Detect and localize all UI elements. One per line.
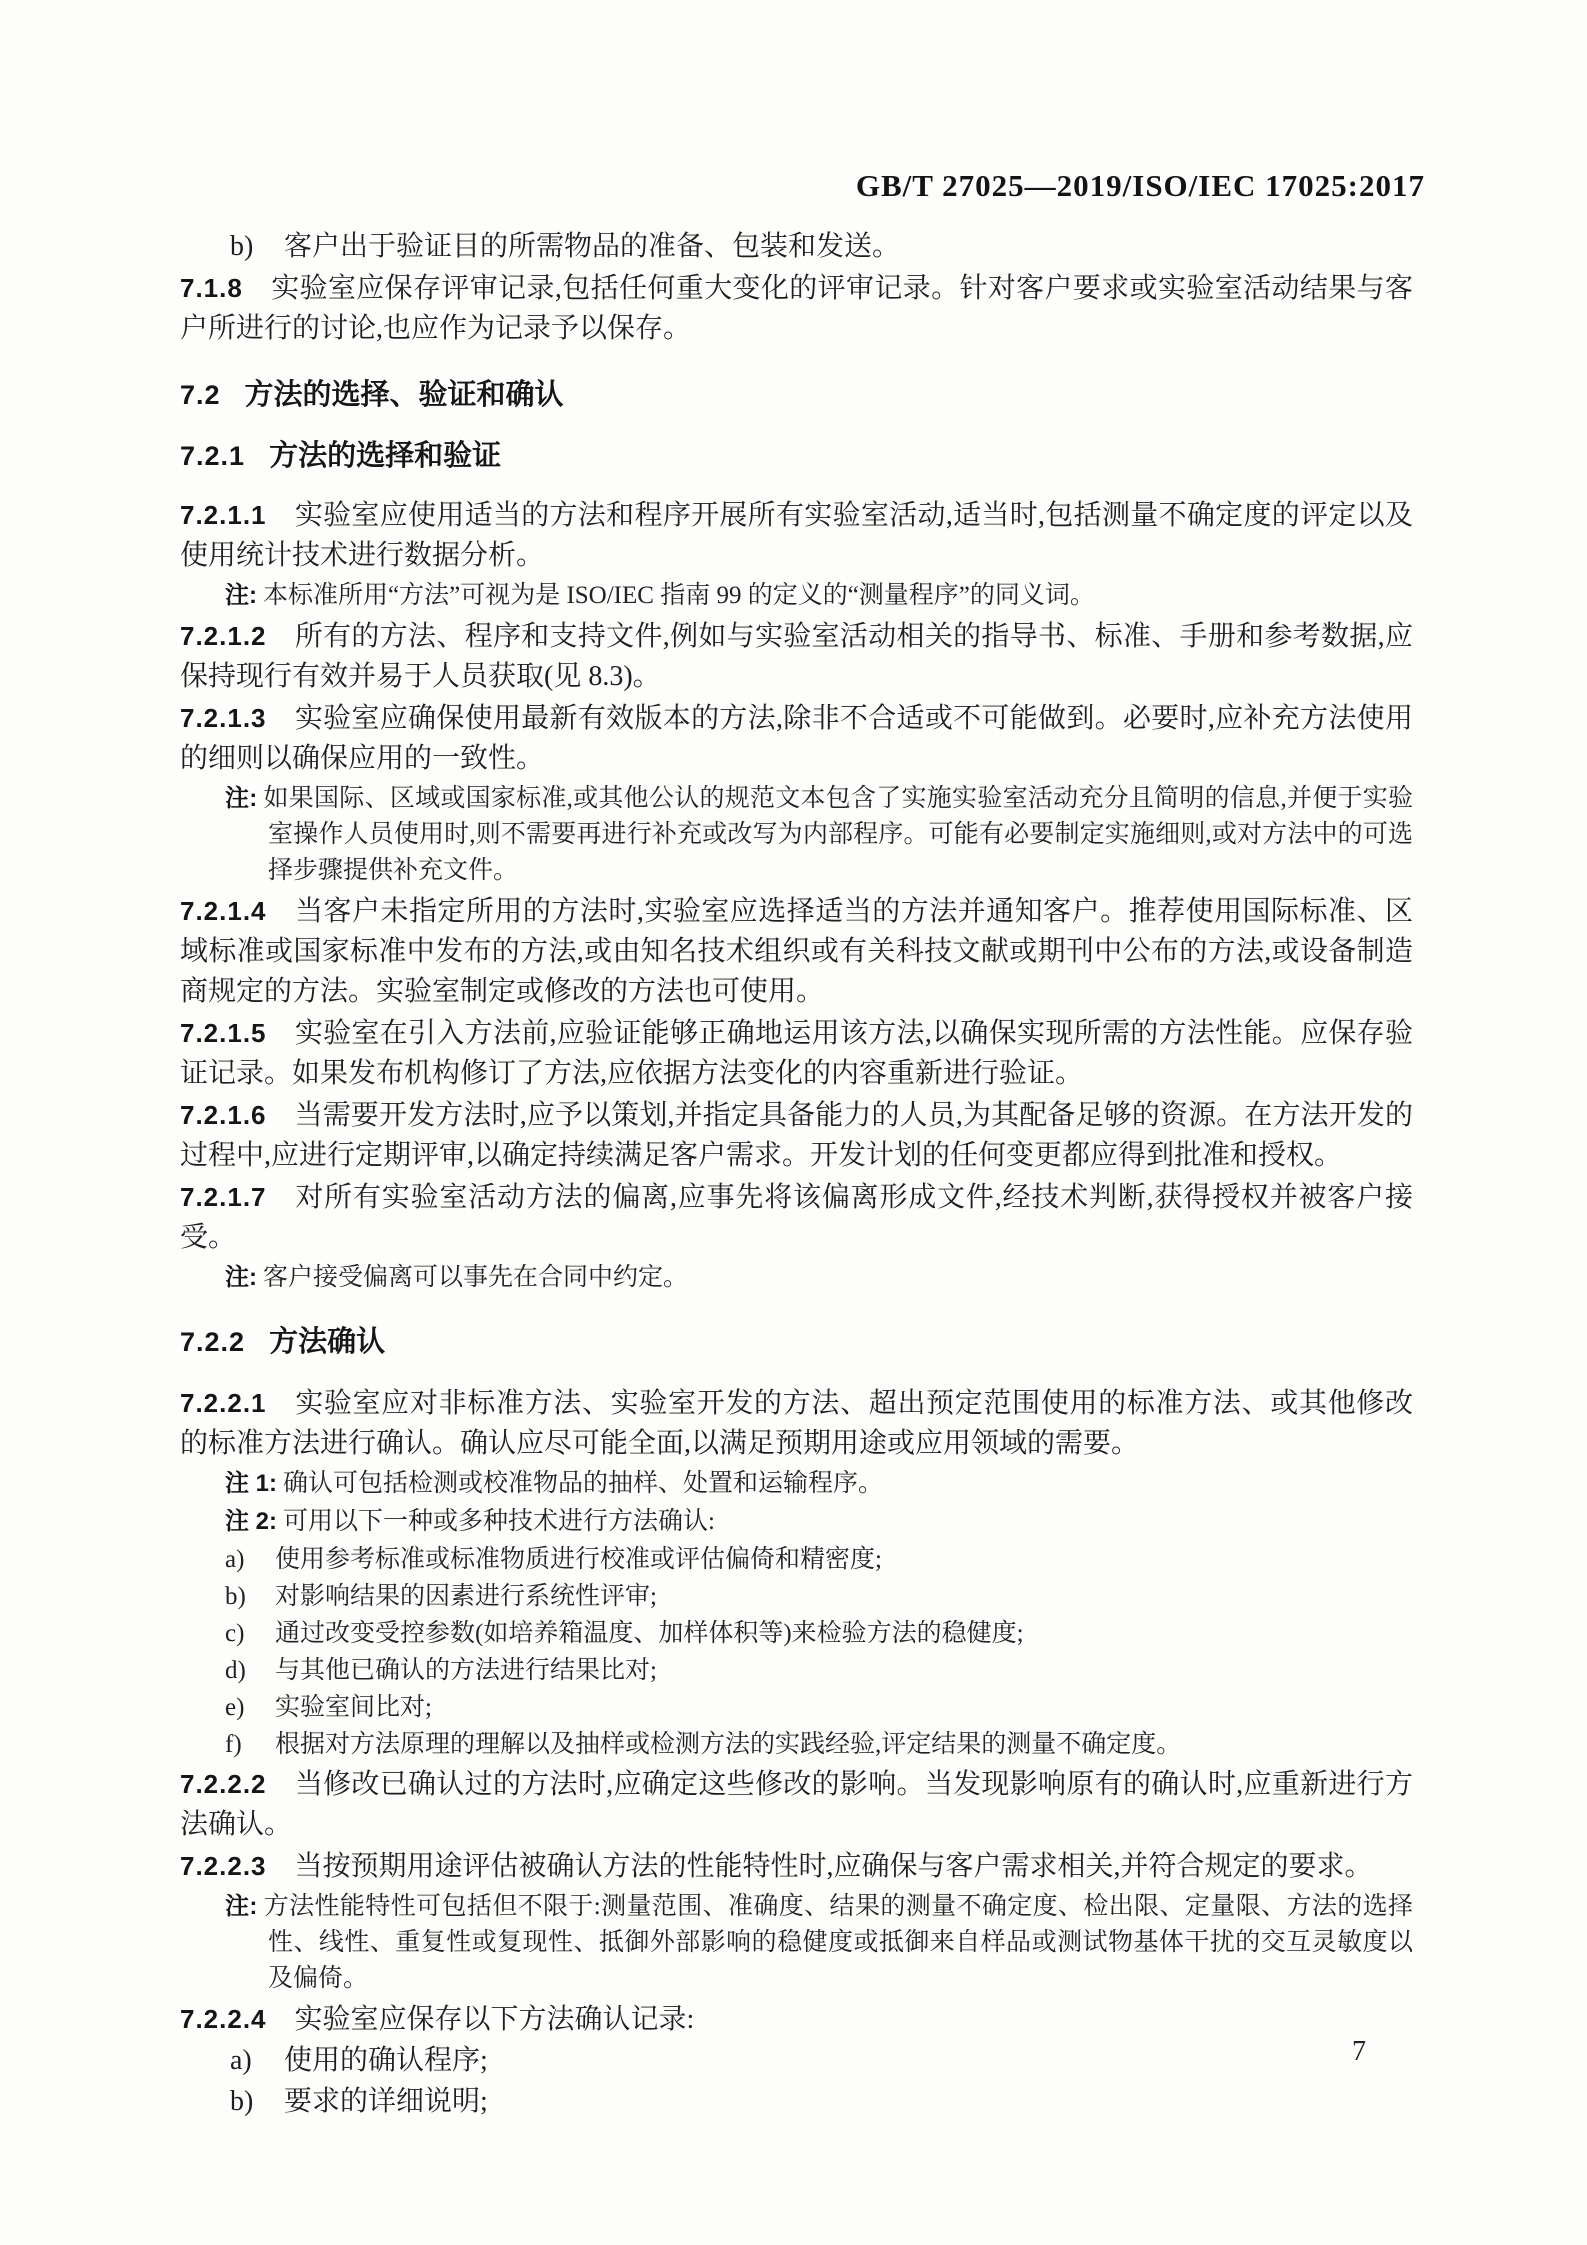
note-text: 客户接受偏离可以事先在合同中约定。 xyxy=(263,1264,688,1291)
note-label: 注 1: xyxy=(225,1470,277,1497)
clause-text: 实验室应对非标准方法、实验室开发的方法、超出预定范围使用的标准方法、或其他修改的… xyxy=(180,1388,1413,1459)
list-marker: b) xyxy=(230,2082,253,2122)
note-label: 注: xyxy=(225,785,257,812)
clause-7-2-1-2: 7.2.1.2所有的方法、程序和支持文件,例如与实验室活动相关的指导书、标准、手… xyxy=(180,616,1413,697)
note-label: 注: xyxy=(225,582,257,609)
clause-number: 7.2.2.4 xyxy=(180,2004,267,2034)
section-number: 7.2.2 xyxy=(180,1327,245,1357)
list-marker: a) xyxy=(225,1542,244,1578)
note-text: 可用以下一种或多种技术进行方法确认: xyxy=(283,1508,715,1535)
clause-7-2-1-6: 7.2.1.6当需要开发方法时,应予以策划,并指定具备能力的人员,为其配备足够的… xyxy=(180,1095,1413,1176)
clause-7-2-1-3: 7.2.1.3实验室应确保使用最新有效版本的方法,除非不合适或不可能做到。必要时… xyxy=(180,698,1413,779)
clause-text: 实验室应保存以下方法确认记录: xyxy=(295,2004,695,2035)
clause-7-1-8: 7.1.8实验室应保存评审记录,包括任何重大变化的评审记录。针对客户要求或实验室… xyxy=(180,268,1413,349)
list-text: 使用的确认程序; xyxy=(284,2045,488,2076)
list-text: 要求的详细说明; xyxy=(284,2086,488,2117)
note-text: 如果国际、区域或国家标准,或其他公认的规范文本包含了实施实验室活动充分且简明的信… xyxy=(263,785,1413,884)
clause-number: 7.2.2.1 xyxy=(180,1388,267,1418)
clause-number: 7.2.1.6 xyxy=(180,1100,267,1130)
note-text: 方法性能特性可包括但不限于:测量范围、准确度、结果的测量不确定度、检出限、定量限… xyxy=(263,1893,1413,1992)
clause-text: 实验室在引入方法前,应验证能够正确地运用该方法,以确保实现所需的方法性能。应保存… xyxy=(180,1018,1413,1089)
list-marker: a) xyxy=(230,2041,252,2081)
list-text: 与其他已确认的方法进行结果比对; xyxy=(275,1657,657,1684)
list-text: 使用参考标准或标准物质进行校准或评估偏倚和精密度; xyxy=(275,1546,882,1573)
note-list-item: e)实验室间比对; xyxy=(180,1690,1413,1726)
note: 注:如果国际、区域或国家标准,或其他公认的规范文本包含了实施实验室活动充分且简明… xyxy=(180,781,1413,889)
clause-7-2-1-4: 7.2.1.4当客户未指定所用的方法时,实验室应选择适当的方法并通知客户。推荐使… xyxy=(180,891,1413,1012)
note-list-item: d)与其他已确认的方法进行结果比对; xyxy=(180,1653,1413,1689)
clause-text: 当修改已确认过的方法时,应确定这些修改的影响。当发现影响原有的确认时,应重新进行… xyxy=(180,1769,1413,1840)
clause-text: 对所有实验室活动方法的偏离,应事先将该偏离形成文件,经技术判断,获得授权并被客户… xyxy=(180,1182,1413,1253)
list-marker: e) xyxy=(225,1690,244,1726)
clause-7-2-1-7: 7.2.1.7对所有实验室活动方法的偏离,应事先将该偏离形成文件,经技术判断,获… xyxy=(180,1177,1413,1258)
clause-7-2-1-1: 7.2.1.1实验室应使用适当的方法和程序开展所有实验室活动,适当时,包括测量不… xyxy=(180,495,1413,576)
list-item: b)要求的详细说明; xyxy=(180,2082,1413,2122)
clause-number: 7.2.1.2 xyxy=(180,621,267,651)
clause-text: 实验室应保存评审记录,包括任何重大变化的评审记录。针对客户要求或实验室活动结果与… xyxy=(180,273,1413,344)
clause-number: 7.2.1.7 xyxy=(180,1182,267,1212)
note: 注:方法性能特性可包括但不限于:测量范围、准确度、结果的测量不确定度、检出限、定… xyxy=(180,1889,1413,1997)
page-content: b)客户出于验证目的所需物品的准备、包装和发送。 7.1.8实验室应保存评审记录… xyxy=(180,226,1413,2123)
note-text: 确认可包括检测或校准物品的抽样、处置和运输程序。 xyxy=(283,1470,883,1497)
clause-text: 实验室应确保使用最新有效版本的方法,除非不合适或不可能做到。必要时,应补充方法使… xyxy=(180,703,1413,774)
note-label: 注 2: xyxy=(225,1508,277,1535)
clause-text: 当按预期用途评估被确认方法的性能特性时,应确保与客户需求相关,并符合规定的要求。 xyxy=(295,1851,1373,1882)
note-label: 注: xyxy=(225,1264,257,1291)
list-text: 通过改变受控参数(如培养箱温度、加样体积等)来检验方法的稳健度; xyxy=(275,1620,1024,1647)
note-label: 注: xyxy=(225,1893,257,1920)
note-list-item: a)使用参考标准或标准物质进行校准或评估偏倚和精密度; xyxy=(180,1542,1413,1578)
note-list-item: f)根据对方法原理的理解以及抽样或检测方法的实践经验,评定结果的测量不确定度。 xyxy=(180,1727,1413,1763)
clause-7-2-2-4: 7.2.2.4实验室应保存以下方法确认记录: xyxy=(180,1999,1413,2040)
section-heading-7-2-2: 7.2.2方法确认 xyxy=(180,1322,1413,1362)
clause-7-2-2-3: 7.2.2.3当按预期用途评估被确认方法的性能特性时,应确保与客户需求相关,并符… xyxy=(180,1846,1413,1887)
list-marker: b) xyxy=(225,1579,246,1615)
note-list-item: b)对影响结果的因素进行系统性评审; xyxy=(180,1579,1413,1615)
list-text: 根据对方法原理的理解以及抽样或检测方法的实践经验,评定结果的测量不确定度。 xyxy=(275,1731,1181,1758)
section-number: 7.2 xyxy=(180,380,221,410)
clause-text: 当需要开发方法时,应予以策划,并指定具备能力的人员,为其配备足够的资源。在方法开… xyxy=(180,1100,1413,1171)
list-item: a)使用的确认程序; xyxy=(180,2041,1413,2081)
section-title: 方法的选择和验证 xyxy=(269,440,501,472)
section-number: 7.2.1 xyxy=(180,441,245,471)
section-heading-7-2-1: 7.2.1方法的选择和验证 xyxy=(180,436,1413,476)
clause-7-2-2-1: 7.2.2.1实验室应对非标准方法、实验室开发的方法、超出预定范围使用的标准方法… xyxy=(180,1383,1413,1464)
standard-number-header: GB/T 27025—2019/ISO/IEC 17025:2017 xyxy=(856,168,1425,204)
note-2: 注 2:可用以下一种或多种技术进行方法确认: xyxy=(180,1504,1413,1540)
list-text: 实验室间比对; xyxy=(275,1694,432,1721)
document-page: GB/T 27025—2019/ISO/IEC 17025:2017 b)客户出… xyxy=(0,0,1587,2245)
clause-number: 7.2.1.3 xyxy=(180,703,267,733)
note: 注:客户接受偏离可以事先在合同中约定。 xyxy=(180,1260,1413,1296)
note-text: 本标准所用“方法”可视为是 ISO/IEC 指南 99 的定义的“测量程序”的同… xyxy=(263,582,1095,609)
note-list-item: c)通过改变受控参数(如培养箱温度、加样体积等)来检验方法的稳健度; xyxy=(180,1616,1413,1652)
clause-text: 实验室应使用适当的方法和程序开展所有实验室活动,适当时,包括测量不确定度的评定以… xyxy=(180,500,1413,571)
clause-text: 所有的方法、程序和支持文件,例如与实验室活动相关的指导书、标准、手册和参考数据,… xyxy=(180,621,1413,692)
section-title: 方法的选择、验证和确认 xyxy=(245,379,564,411)
clause-7-2-2-2: 7.2.2.2当修改已确认过的方法时,应确定这些修改的影响。当发现影响原有的确认… xyxy=(180,1764,1413,1845)
clause-number: 7.2.2.3 xyxy=(180,1851,267,1881)
list-marker: b) xyxy=(230,227,253,267)
page-number: 7 xyxy=(1352,2036,1366,2068)
clause-number: 7.2.1.5 xyxy=(180,1018,267,1048)
clause-number: 7.2.2.2 xyxy=(180,1769,267,1799)
list-marker: c) xyxy=(225,1616,244,1652)
note-1: 注 1:确认可包括检测或校准物品的抽样、处置和运输程序。 xyxy=(180,1466,1413,1502)
clause-text: 当客户未指定所用的方法时,实验室应选择适当的方法并通知客户。推荐使用国际标准、区… xyxy=(180,896,1413,1007)
section-title: 方法确认 xyxy=(269,1326,385,1358)
list-marker: d) xyxy=(225,1653,246,1689)
section-heading-7-2: 7.2方法的选择、验证和确认 xyxy=(180,375,1413,415)
clause-number: 7.2.1.4 xyxy=(180,896,267,926)
list-marker: f) xyxy=(225,1727,242,1763)
clause-7-2-1-5: 7.2.1.5实验室在引入方法前,应验证能够正确地运用该方法,以确保实现所需的方… xyxy=(180,1013,1413,1094)
clause-number: 7.1.8 xyxy=(180,273,243,303)
clause-number: 7.2.1.1 xyxy=(180,500,267,530)
list-item: b)客户出于验证目的所需物品的准备、包装和发送。 xyxy=(180,227,1413,267)
note: 注:本标准所用“方法”可视为是 ISO/IEC 指南 99 的定义的“测量程序”… xyxy=(180,578,1413,614)
list-text: 客户出于验证目的所需物品的准备、包装和发送。 xyxy=(284,231,900,262)
list-text: 对影响结果的因素进行系统性评审; xyxy=(275,1583,657,1610)
